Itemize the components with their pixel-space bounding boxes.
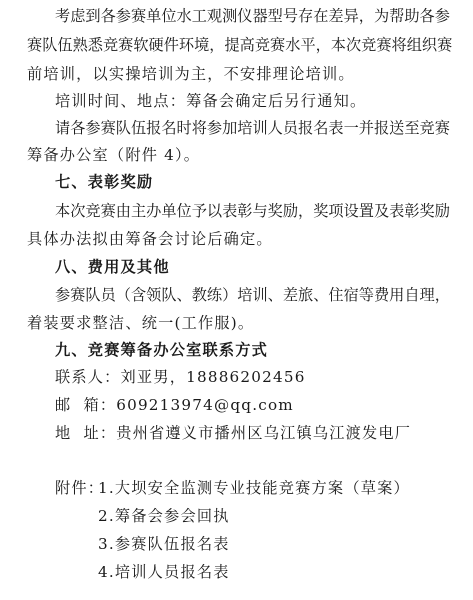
paragraph-training-intro-line-3: 前培训，以实操培训为主，不安排理论培训。 — [27, 64, 445, 84]
section-7-heading: 七、表彰奖励 — [55, 172, 473, 192]
attachment-item-4: 4.培训人员报名表 — [98, 562, 438, 582]
contact-email: 邮 箱：609213974@qq.com — [55, 395, 473, 415]
contact-person: 联系人：刘亚男，18886202456 — [55, 367, 473, 387]
attachment-item-1: 1.大坝安全监测专业技能竞赛方案（草案） — [98, 478, 438, 498]
section-8-heading: 八、费用及其他 — [55, 257, 473, 277]
section-9-heading: 九、竞赛筹备办公室联系方式 — [55, 340, 473, 360]
document-page: 考虑到各参赛单位水工观测仪器型号存在差异，为帮助各参 赛队伍熟悉竞赛软硬件环境，… — [0, 0, 473, 600]
section-8-body-line-1: 参赛队员（含领队、教练）培训、差旅、住宿等费用自理， — [55, 285, 445, 305]
section-7-body-line-1: 本次竞赛由主办单位予以表彰与奖励，奖项设置及表彰奖励 — [55, 201, 445, 221]
paragraph-training-intro-line-2: 赛队伍熟悉竞赛软硬件环境，提高竞赛水平，本次竞赛将组织赛 — [27, 35, 445, 55]
section-7-body-line-2: 具体办法拟由筹备会讨论后确定。 — [27, 229, 445, 249]
paragraph-training-signup-line-2: 筹备办公室（附件 4）。 — [27, 145, 445, 165]
attachment-item-2: 2.筹备会参会回执 — [98, 506, 438, 526]
paragraph-training-time: 培训时间、地点：筹备会确定后另行通知。 — [55, 91, 445, 111]
paragraph-training-signup-line-1: 请各参赛队伍报名时将参加培训人员报名表一并报送至竞赛 — [55, 118, 445, 138]
section-8-body-line-2: 着装要求整洁、统一(工作服)。 — [27, 313, 445, 333]
contact-address: 地 址：贵州省遵义市播州区乌江镇乌江渡发电厂 — [55, 423, 473, 443]
paragraph-training-intro-line-1: 考虑到各参赛单位水工观测仪器型号存在差异，为帮助各参 — [55, 6, 445, 26]
attachment-item-3: 3.参赛队伍报名表 — [98, 534, 438, 554]
